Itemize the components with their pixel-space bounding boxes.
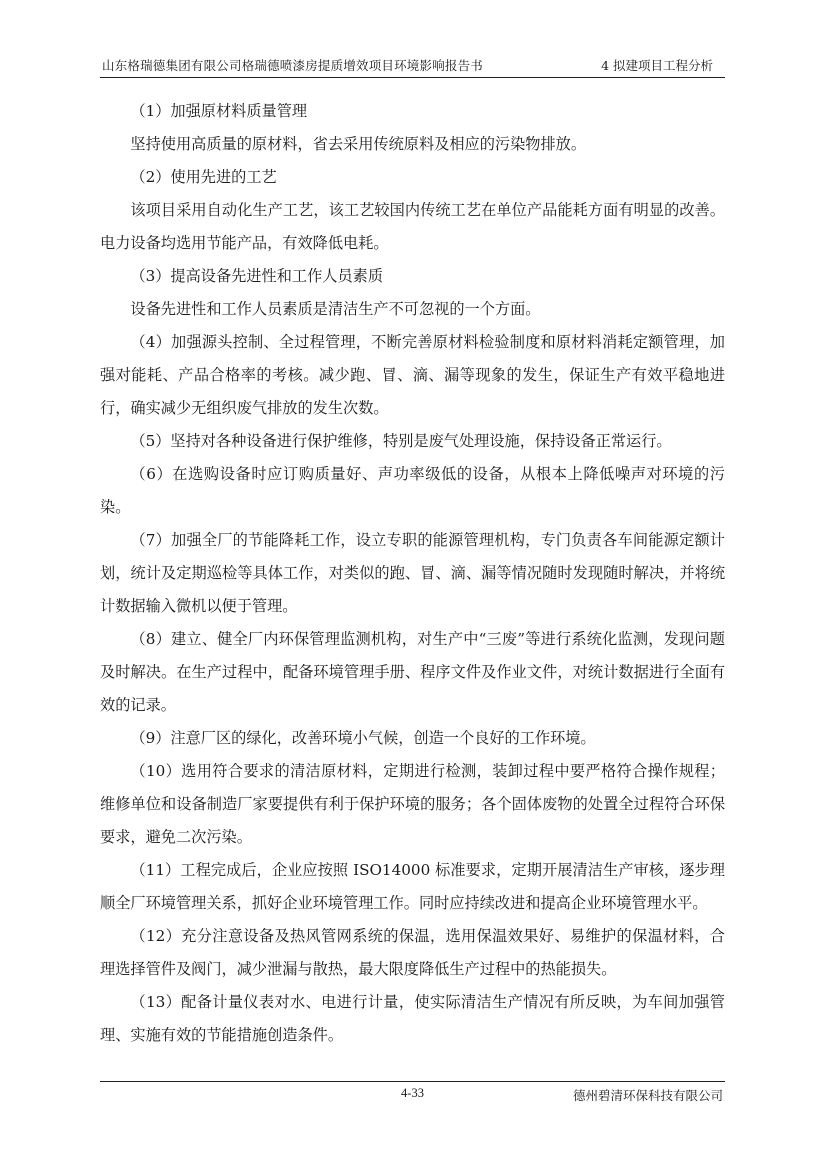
heading-item-1: （1）加强原材料质量管理 xyxy=(100,95,725,128)
paragraph: 坚持使用高质量的原材料，省去采用传统原料及相应的污染物排放。 xyxy=(100,128,725,161)
list-item-6: （6）在选购设备时应订购质量好、声功率级低的设备，从根本上降低噪声对环境的污染。 xyxy=(100,458,725,524)
chapter-title: 4 拟建项目工程分析 xyxy=(601,57,713,75)
list-item-11: （11）工程完成后，企业应按照 ISO14000 标准要求，定期开展清洁生产审核… xyxy=(100,854,725,920)
heading-item-2: （2）使用先进的工艺 xyxy=(100,161,725,194)
footer-company: 德州碧清环保科技有限公司 xyxy=(573,1086,723,1104)
body-content: （1）加强原材料质量管理 坚持使用高质量的原材料，省去采用传统原料及相应的污染物… xyxy=(100,95,725,1052)
paragraph: 该项目采用自动化生产工艺，该工艺较国内传统工艺在单位产品能耗方面有明显的改善。电… xyxy=(100,194,725,260)
page-footer: 4-33 德州碧清环保科技有限公司 xyxy=(100,1081,725,1104)
page-header: 山东格瑞德集团有限公司格瑞德喷漆房提质增效项目环境影响报告书 4 拟建项目工程分… xyxy=(100,57,725,78)
heading-item-3: （3）提高设备先进性和工作人员素质 xyxy=(100,260,725,293)
list-item-7: （7）加强全厂的节能降耗工作，设立专职的能源管理机构，专门负责各车间能源定额计划… xyxy=(100,524,725,623)
paragraph: 设备先进性和工作人员素质是清洁生产不可忽视的一个方面。 xyxy=(100,293,725,326)
list-item-10: （10）选用符合要求的清洁原材料，定期进行检测，装卸过程中要严格符合操作规程；维… xyxy=(100,755,725,854)
list-item-8: （8）建立、健全厂内环保管理监测机构，对生产中“三废”等进行系统化监测，发现问题… xyxy=(100,623,725,722)
list-item-4: （4）加强源头控制、全过程管理，不断完善原材料检验制度和原材料消耗定额管理，加强… xyxy=(100,326,725,425)
list-item-12: （12）充分注意设备及热风管网系统的保温，选用保温效果好、易维护的保温材料，合理… xyxy=(100,920,725,986)
list-item-13: （13）配备计量仪表对水、电进行计量，使实际清洁生产情况有所反映，为车间加强管理… xyxy=(100,986,725,1052)
list-item-9: （9）注意厂区的绿化，改善环境小气候，创造一个良好的工作环境。 xyxy=(100,722,725,755)
document-title: 山东格瑞德集团有限公司格瑞德喷漆房提质增效项目环境影响报告书 xyxy=(102,57,483,75)
list-item-5: （5）坚持对各种设备进行保护维修，特别是废气处理设施，保持设备正常运行。 xyxy=(100,425,725,458)
